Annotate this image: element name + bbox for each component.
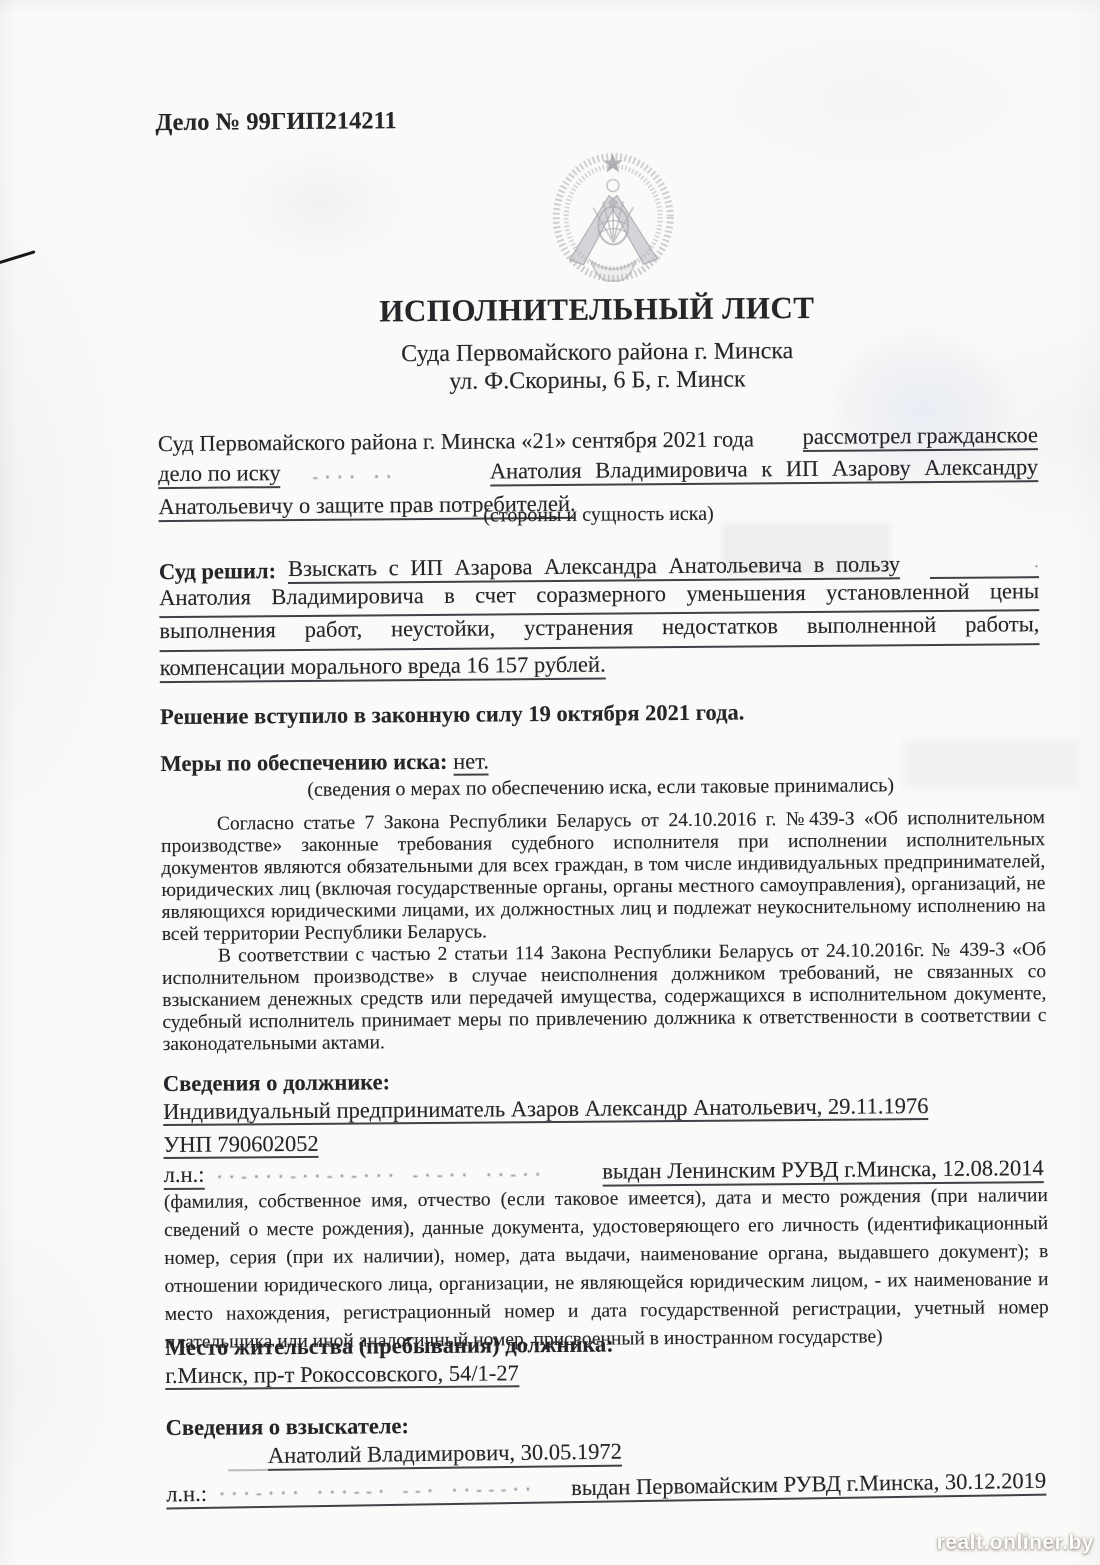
document-title: ИСПОЛНИТЕЛЬНЫЙ ЛИСТ bbox=[157, 288, 1037, 331]
stray-mark: · bbox=[1034, 559, 1039, 576]
scanned-court-document: Дело № 99ГИП214211 bbox=[0, 0, 1100, 1565]
redacted-debtor-passport: ··-···-··-·-··· -·-·· ··-·· bbox=[214, 1165, 584, 1188]
measures-line: Меры по обеспечению иска: нет. bbox=[160, 748, 489, 777]
claimant-id-issued: выдан Первомайским РУВД г.Минска, 30.12.… bbox=[571, 1468, 1046, 1501]
intro-line-2-post: Анатолия Владимировича к ИП Азарову Алек… bbox=[490, 454, 1039, 486]
ruling-line-4: компенсации морального вреда 16 157 рубл… bbox=[160, 645, 1040, 683]
debtor-id-label: л.н.: bbox=[164, 1162, 205, 1190]
debtor-heading: Сведения о должнике: bbox=[163, 1069, 390, 1097]
claimant-name-line: Анатолий Владимирович, 30.05.1972 bbox=[228, 1439, 622, 1472]
debtor-name-line: Индивидуальный предприниматель Азаров Ал… bbox=[163, 1093, 928, 1126]
court-address: ул. Ф.Скорины, 6 Б, г. Минск bbox=[157, 364, 1037, 398]
ruling-line-4-text: компенсации морального вреда 16 157 рубл… bbox=[160, 652, 606, 684]
site-watermark: realt.onliner.by bbox=[937, 1531, 1094, 1555]
claimant-heading: Сведения о взыскателе: bbox=[166, 1413, 409, 1441]
intro-line-2-pre: дело по иску bbox=[158, 460, 281, 489]
residence-heading: Место жительства (пребывания) должника: bbox=[165, 1332, 614, 1362]
belarus-coat-of-arms-icon bbox=[537, 145, 690, 296]
measures-label: Меры по обеспечению иска: bbox=[160, 749, 447, 776]
claimant-id-label: л.н.: bbox=[166, 1481, 207, 1508]
law-paragraph-1: Согласно статье 7 Закона Республики Бела… bbox=[161, 807, 1046, 945]
claimant-name-text: Анатолий Владимирович, 30.05.1972 bbox=[268, 1439, 622, 1471]
measures-caption: (сведения о мерах по обеспечению иска, е… bbox=[161, 773, 1041, 803]
intro-line-1-underlined: рассмотрел гражданское bbox=[802, 422, 1038, 452]
measures-value: нет. bbox=[453, 748, 489, 775]
redacted-claimant-surname bbox=[228, 1443, 268, 1471]
blank-underline: · bbox=[930, 559, 1039, 579]
intro-line-1-plain: Суд Первомайского района г. Минска «21» … bbox=[158, 426, 754, 457]
redacted-plaintiff-surname: -··· ·· bbox=[310, 462, 460, 488]
intro-line-2: дело по иску -··· ·· Анатолия Владимиров… bbox=[158, 450, 1038, 489]
ruling-paragraph: Суд решил: Взыскать с ИП Азарова Алексан… bbox=[159, 546, 1040, 683]
ruling-line-1-text: Взыскать с ИП Азарова Александра Анатоль… bbox=[288, 551, 900, 584]
law-paragraph-2: В соответствии с частью 2 статьи 114 Зак… bbox=[162, 939, 1047, 1055]
residence-address: г.Минск, пр-т Рокоссовского, 54/1-27 bbox=[165, 1360, 519, 1390]
ruling-label: Суд решил: bbox=[159, 558, 276, 585]
debtor-unp-line: УНП 790602052 bbox=[163, 1131, 319, 1159]
redacted-claimant-passport: ···-··· ···--· --· ··---·· bbox=[217, 1479, 553, 1504]
entry-into-force-line: Решение вступило в законную силу 19 октя… bbox=[160, 699, 744, 730]
case-number: Дело № 99ГИП214211 bbox=[155, 107, 396, 137]
intro-line-1: Суд Первомайского района г. Минска «21» … bbox=[158, 417, 1038, 456]
